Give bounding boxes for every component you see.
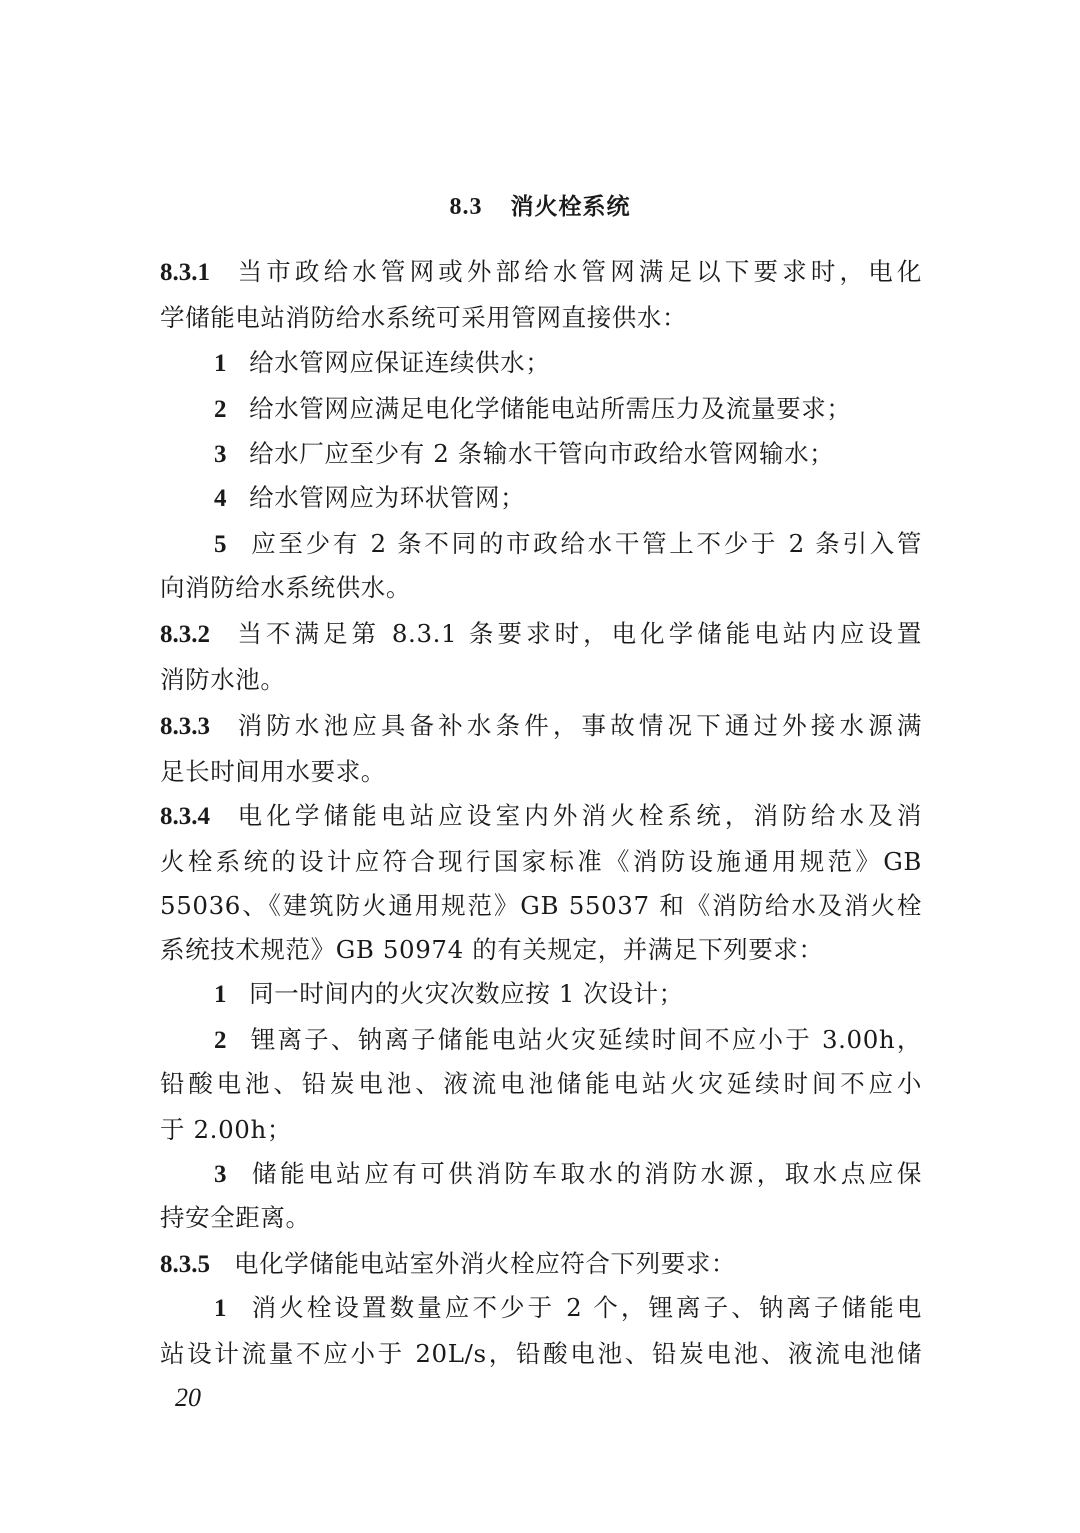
text-line: 站设计流量不应小于 20L/s，铅酸电池、铅炭电池、液流电池储 [160, 1339, 922, 1369]
list-item-line: 5应至少有 2 条不同的市政给水干管上不少于 2 条引入管 [214, 529, 922, 560]
list-item-line: 2锂离子、钠离子储能电站火灾延续时间不应小于 3.00h， [214, 1025, 922, 1056]
line-text: 电化学储能电站应设室内外消火栓系统，消防给水及消 [234, 801, 922, 830]
item-number: 4 [214, 485, 227, 512]
clause-number: 8.3.5 [160, 1251, 210, 1278]
clause-number: 8.3.3 [160, 713, 210, 740]
clause-number: 8.3.2 [160, 621, 210, 648]
line-text: 电化学储能电站室外消火栓应符合下列要求： [234, 1249, 736, 1278]
item-number: 3 [214, 441, 227, 468]
line-text: 当市政给水管网或外部给水管网满足以下要求时，电化 [234, 257, 922, 286]
text-line: 55036、《建筑防火通用规范》GB 55037 和《消防给水及消火栓 [160, 891, 922, 921]
clause-line: 8.3.3消防水池应具备补水条件，事故情况下通过外接水源满 [160, 711, 922, 742]
section-number: 8.3 [450, 194, 483, 220]
item-number: 5 [214, 531, 227, 558]
line-text: 消火栓设置数量应不少于 2 个，锂离子、钠离子储能电 [249, 1293, 922, 1322]
text-line: 火栓系统的设计应符合现行国家标准《消防设施通用规范》GB [160, 847, 922, 877]
list-item-line: 1同一时间内的火灾次数应按 1 次设计； [214, 979, 922, 1010]
line-text: 持安全距离。 [160, 1203, 311, 1232]
list-item-line: 1给水管网应保证连续供水； [214, 348, 922, 379]
item-number: 1 [214, 350, 227, 377]
item-number: 1 [214, 1295, 227, 1322]
line-text: 消防水池应具备补水条件，事故情况下通过外接水源满 [234, 711, 922, 740]
clause-line: 8.3.1当市政给水管网或外部给水管网满足以下要求时，电化 [160, 257, 922, 288]
line-text: 给水管网应满足电化学储能电站所需压力及流量要求； [249, 394, 851, 423]
line-text: 站设计流量不应小于 20L/s，铅酸电池、铅炭电池、液流电池储 [160, 1339, 922, 1368]
line-text: 给水管网应保证连续供水； [249, 348, 550, 377]
text-line: 学储能电站消防给水系统可采用管网直接供水： [160, 303, 922, 333]
text-line: 于 2.00h； [160, 1115, 922, 1145]
list-item-line: 3给水厂应至少有 2 条输水干管向市政给水管网输水； [214, 439, 922, 470]
page-number: 20 [175, 1383, 201, 1413]
item-number: 3 [214, 1161, 227, 1188]
line-text: 储能电站应有可供消防车取水的消防水源，取水点应保 [249, 1159, 922, 1188]
clause-line: 8.3.5电化学储能电站室外消火栓应符合下列要求： [160, 1249, 922, 1280]
text-line: 向消防给水系统供水。 [160, 573, 922, 603]
line-text: 同一时间内的火灾次数应按 1 次设计； [249, 979, 684, 1008]
section-title: 消火栓系统 [511, 193, 631, 220]
clause-line: 8.3.4电化学储能电站应设室内外消火栓系统，消防给水及消 [160, 801, 922, 832]
clause-number: 8.3.1 [160, 259, 210, 286]
item-number: 2 [214, 1027, 227, 1054]
clause-number: 8.3.4 [160, 803, 210, 830]
list-item-line: 2给水管网应满足电化学储能电站所需压力及流量要求； [214, 394, 922, 425]
text-line: 持安全距离。 [160, 1203, 922, 1233]
line-text: 于 2.00h； [160, 1115, 292, 1144]
list-item-line: 4给水管网应为环状管网； [214, 483, 922, 514]
list-item-line: 3储能电站应有可供消防车取水的消防水源，取水点应保 [214, 1159, 922, 1190]
line-text: 消防水池。 [160, 665, 286, 694]
line-text: 学储能电站消防给水系统可采用管网直接供水： [160, 303, 687, 332]
text-line: 足长时间用水要求。 [160, 757, 922, 787]
item-number: 1 [214, 981, 227, 1008]
line-text: 铅酸电池、铅炭电池、液流电池储能电站火灾延续时间不应小 [160, 1069, 922, 1098]
text-line: 消防水池。 [160, 665, 922, 695]
line-text: 向消防给水系统供水。 [160, 573, 411, 602]
section-heading: 8.3消火栓系统 [0, 188, 1080, 221]
document-page: 8.3消火栓系统 8.3.1当市政给水管网或外部给水管网满足以下要求时，电化学储… [0, 0, 1080, 1533]
line-text: 锂离子、钠离子储能电站火灾延续时间不应小于 3.00h， [249, 1025, 922, 1054]
line-text: 足长时间用水要求。 [160, 757, 386, 786]
text-line: 铅酸电池、铅炭电池、液流电池储能电站火灾延续时间不应小 [160, 1069, 922, 1099]
line-text: 给水管网应为环状管网； [249, 483, 525, 512]
line-text: 当不满足第 8.3.1 条要求时，电化学储能电站内应设置 [234, 619, 922, 648]
line-text: 给水厂应至少有 2 条输水干管向市政给水管网输水； [249, 439, 834, 468]
item-number: 2 [214, 396, 227, 423]
line-text: 应至少有 2 条不同的市政给水干管上不少于 2 条引入管 [249, 529, 922, 558]
line-text: 火栓系统的设计应符合现行国家标准《消防设施通用规范》GB [160, 847, 922, 876]
clause-line: 8.3.2当不满足第 8.3.1 条要求时，电化学储能电站内应设置 [160, 619, 922, 650]
line-text: 55036、《建筑防火通用规范》GB 55037 和《消防给水及消火栓 [160, 891, 922, 920]
line-text: 系统技术规范》GB 50974 的有关规定，并满足下列要求： [160, 935, 824, 964]
list-item-line: 1消火栓设置数量应不少于 2 个，锂离子、钠离子储能电 [214, 1293, 922, 1324]
text-line: 系统技术规范》GB 50974 的有关规定，并满足下列要求： [160, 935, 922, 965]
